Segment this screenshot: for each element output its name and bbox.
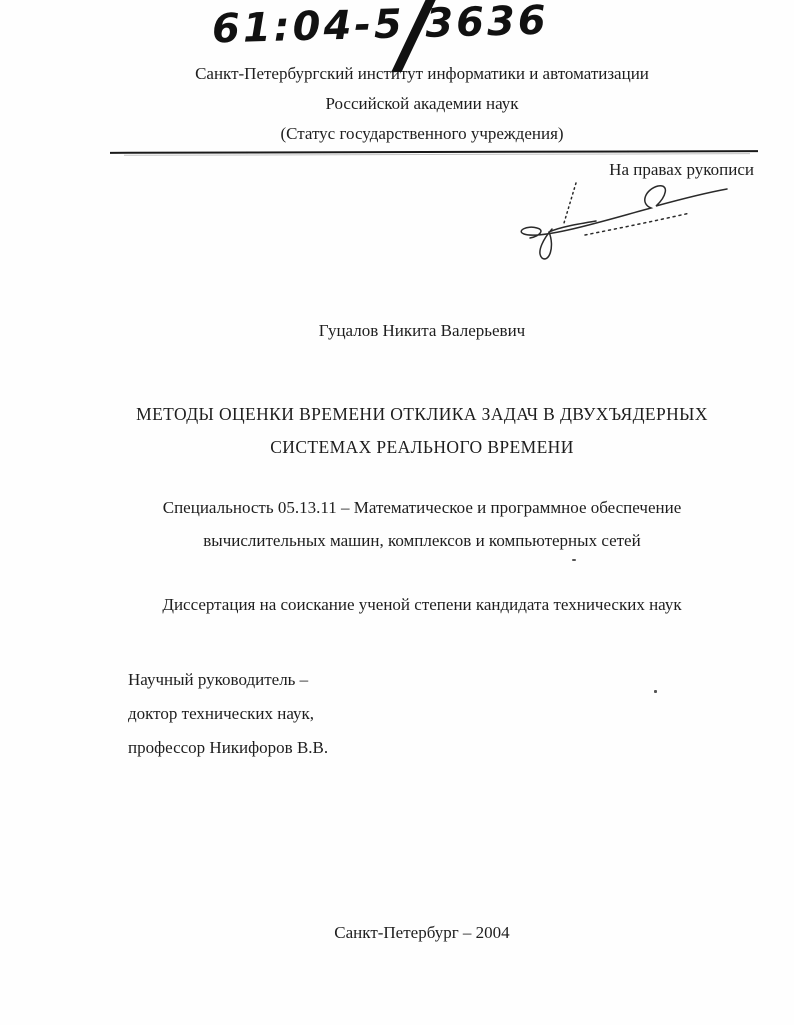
- dissertation-title-page: 61:04-5/3636 Санкт-Петербургский институ…: [0, 0, 794, 1025]
- thesis-statement: Диссертация на соискание ученой степени …: [50, 590, 794, 620]
- catalog-number-prefix: 61:04-5: [211, 1, 405, 52]
- scan-speck: [572, 559, 576, 561]
- specialty-line-2: вычислительных машин, комплексов и компь…: [50, 524, 794, 557]
- author-name: Гуцалов Никита Валерьевич: [50, 316, 794, 346]
- institution-line-3: (Статус государственного учреждения): [50, 119, 794, 149]
- supervisor-line-2: доктор технических наук,: [128, 697, 328, 731]
- signature-icon: [500, 180, 735, 265]
- supervisor-block: Научный руководитель – доктор технически…: [128, 663, 328, 765]
- supervisor-line-1: Научный руководитель –: [128, 663, 328, 697]
- manuscript-note: На правах рукописи: [0, 160, 754, 180]
- supervisor-line-3: профессор Никифоров В.В.: [128, 731, 328, 765]
- city-year: Санкт-Петербург – 2004: [50, 918, 794, 948]
- catalog-number-suffix: 3636: [425, 0, 549, 47]
- catalog-number-slash: /: [399, 32, 436, 33]
- specialty-line-1: Специальность 05.13.11 – Математическое …: [50, 491, 794, 524]
- horizontal-rule: [110, 150, 758, 154]
- dissertation-title-line-2: СИСТЕМАХ РЕАЛЬНОГО ВРЕМЕНИ: [50, 431, 794, 464]
- handwritten-catalog-number: 61:04-5/3636: [211, 0, 549, 52]
- scan-speck: [654, 690, 657, 693]
- institution-line-2: Российской академии наук: [50, 89, 794, 119]
- dissertation-title-line-1: МЕТОДЫ ОЦЕНКИ ВРЕМЕНИ ОТКЛИКА ЗАДАЧ В ДВ…: [50, 398, 794, 431]
- specialty-block: Специальность 05.13.11 – Математическое …: [50, 491, 794, 557]
- dissertation-title: МЕТОДЫ ОЦЕНКИ ВРЕМЕНИ ОТКЛИКА ЗАДАЧ В ДВ…: [50, 398, 794, 464]
